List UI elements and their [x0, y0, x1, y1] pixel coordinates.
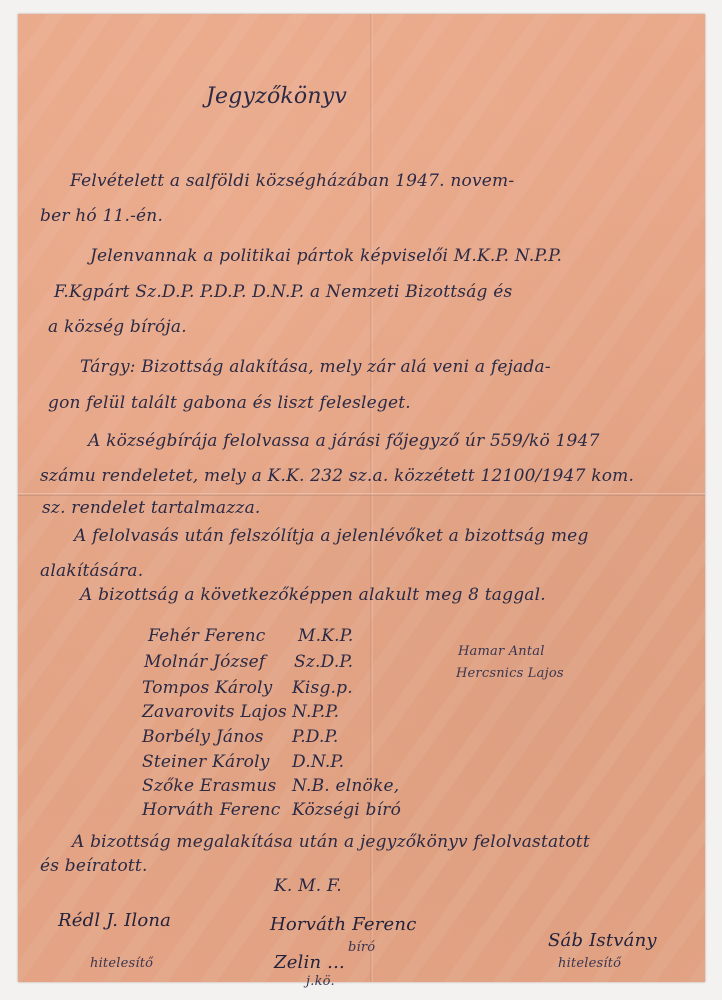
signature-left-role: hitelesítő	[90, 956, 153, 971]
member-row: Steiner KárolyD.N.P.	[142, 752, 344, 772]
signature-center-role: bíró	[348, 940, 375, 955]
paragraph-line: a község bírója.	[48, 317, 187, 337]
member-row: Zavarovits LajosN.P.P.	[142, 702, 339, 722]
closing-line: A bizottság megalakítása után a jegyzőkö…	[72, 832, 590, 852]
paragraph-line: F.Kgpárt Sz.D.P. P.D.P. D.N.P. a Nemzeti…	[54, 282, 512, 302]
member-party: P.D.P.	[292, 727, 338, 747]
signature-center: Horváth Ferenc	[270, 914, 416, 935]
paragraph-line: A községbírája felolvassa a járási főjeg…	[88, 431, 600, 451]
member-party: N.P.P.	[292, 702, 339, 722]
member-name: Szőke Erasmus	[142, 776, 292, 796]
member-row: Molnár JózsefSz.D.P.	[144, 652, 353, 672]
document-paper: Jegyzőkönyv Felvételett a salföldi közsé…	[18, 14, 705, 982]
side-signature: Hamar Antal	[458, 644, 545, 659]
member-party: N.B. elnöke,	[292, 776, 399, 796]
member-row: Horváth FerencKözségi bíró	[142, 800, 401, 820]
closing-line: és beíratott.	[40, 856, 148, 876]
paragraph-line: sz. rendelet tartalmazza.	[42, 498, 261, 518]
member-row: Tompos KárolyKisg.p.	[142, 678, 353, 698]
paragraph-line: gon felül talált gabona és liszt felesle…	[48, 393, 411, 413]
paragraph-line: Jelenvannak a politikai pártok képviselő…	[90, 246, 562, 266]
paragraph-line: számu rendeletet, mely a K.K. 232 sz.a. …	[40, 466, 634, 486]
signature-center-second: Zelin ...	[274, 952, 345, 973]
member-name: Borbély János	[142, 727, 292, 747]
member-name: Fehér Ferenc	[148, 626, 298, 646]
document-title: Jegyzőkönyv	[206, 84, 347, 109]
signature-right: Sáb Istvány	[548, 930, 657, 951]
paragraph-line: Tárgy: Bizottság alakítása, mely zár alá…	[80, 357, 551, 377]
horizontal-fold	[18, 493, 705, 496]
member-party: Kisg.p.	[292, 678, 353, 698]
signature-right-role: hitelesítő	[558, 956, 621, 971]
member-party: Sz.D.P.	[294, 652, 353, 672]
member-name: Tompos Károly	[142, 678, 292, 698]
member-party: Községi bíró	[292, 800, 401, 820]
member-name: Zavarovits Lajos	[142, 702, 292, 722]
member-name: Steiner Károly	[142, 752, 292, 772]
member-party: D.N.P.	[292, 752, 344, 772]
member-party: M.K.P.	[298, 626, 354, 646]
paragraph-line: ber hó 11.-én.	[40, 206, 163, 226]
paragraph-line: A bizottság a következőképpen alakult me…	[80, 585, 546, 605]
signature-left: Rédl J. Ilona	[58, 910, 171, 931]
member-row: Fehér FerencM.K.P.	[148, 626, 354, 646]
signature-center-second-role: j.kö.	[306, 974, 335, 989]
paragraph-line: A felolvasás után felszólítja a jelenlév…	[74, 526, 589, 546]
member-name: Horváth Ferenc	[142, 800, 292, 820]
member-row: Borbély JánosP.D.P.	[142, 727, 338, 747]
paragraph-line: alakítására.	[40, 561, 143, 581]
side-signature: Hercsnics Lajos	[456, 666, 564, 681]
member-name: Molnár József	[144, 652, 294, 672]
member-row: Szőke ErasmusN.B. elnöke,	[142, 776, 399, 796]
kmf-mark: K. M. F.	[274, 876, 342, 896]
paragraph-line: Felvételett a salföldi községházában 194…	[70, 171, 514, 191]
